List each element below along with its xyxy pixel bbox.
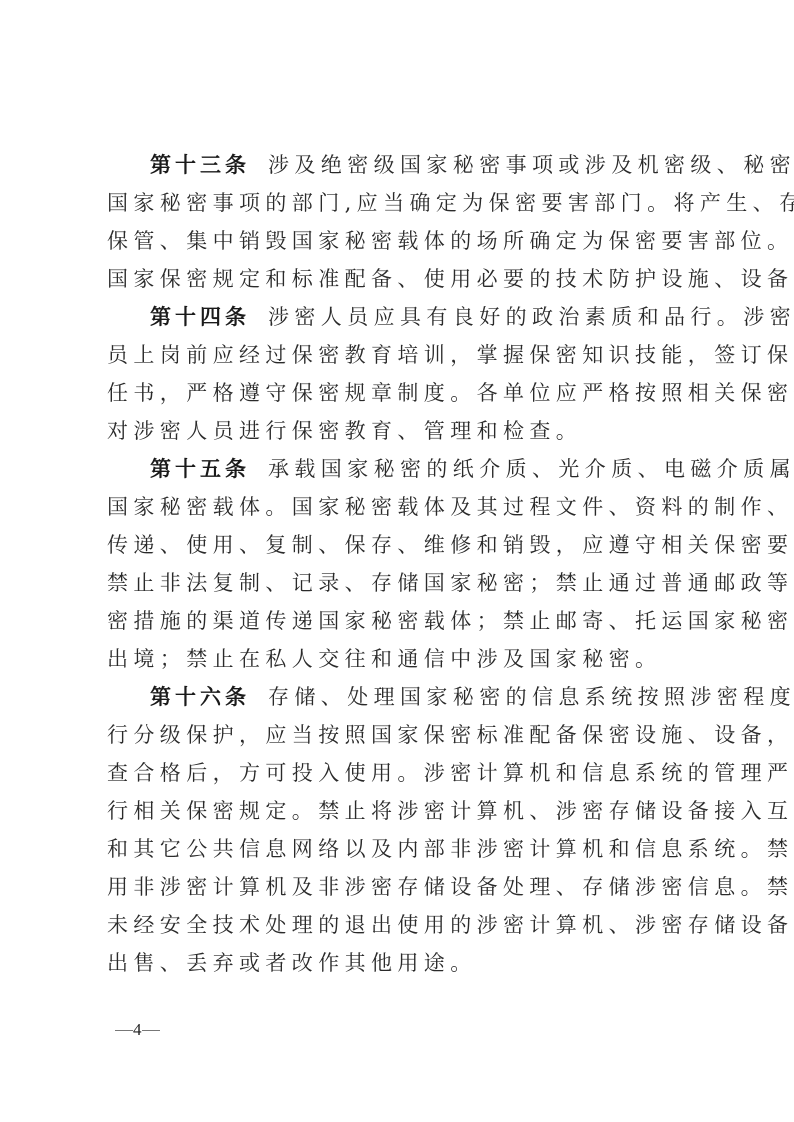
article-heading: 第十三条 [150, 152, 250, 177]
page-number: 4 [133, 1020, 142, 1040]
text-line: 国家秘密载体。国家秘密载体及其过程文件、资料的制作、收发、 [107, 488, 707, 526]
article-first-line: 第十五条承载国家秘密的纸介质、光介质、电磁介质属于 [107, 450, 707, 488]
dash-left [115, 1030, 133, 1031]
dash-right [142, 1030, 160, 1031]
text-line: 出售、丢弃或者改作其他用途。 [107, 944, 707, 982]
text-line: 国家秘密事项的部门,应当确定为保密要害部门。将产生、存放、 [107, 184, 707, 222]
article-14: 第十四条涉密人员应具有良好的政治素质和品行。涉密人 员上岗前应经过保密教育培训，… [107, 298, 707, 450]
article-first-line: 第十六条存储、处理国家秘密的信息系统按照涉密程度实 [107, 678, 707, 716]
text-line: 承载国家秘密的纸介质、光介质、电磁介质属于 [268, 457, 794, 481]
text-line: 禁止非法复制、记录、存储国家秘密；禁止通过普通邮政等无保 [107, 564, 707, 602]
article-heading: 第十四条 [150, 304, 250, 329]
article-15: 第十五条承载国家秘密的纸介质、光介质、电磁介质属于 国家秘密载体。国家秘密载体及… [107, 450, 707, 678]
text-line: 任书，严格遵守保密规章制度。各单位应严格按照相关保密规定 [107, 374, 707, 412]
text-line: 存储、处理国家秘密的信息系统按照涉密程度实 [268, 685, 794, 709]
article-first-line: 第十四条涉密人员应具有良好的政治素质和品行。涉密人 [107, 298, 707, 336]
text-line: 未经安全技术处理的退出使用的涉密计算机、涉密存储设备赠送、 [107, 906, 707, 944]
text-line: 和其它公共信息网络以及内部非涉密计算机和信息系统。禁止使 [107, 830, 707, 868]
article-first-line: 第十三条涉及绝密级国家秘密事项或涉及机密级、秘密级 [107, 146, 707, 184]
article-16: 第十六条存储、处理国家秘密的信息系统按照涉密程度实 行分级保护，应当按照国家保密… [107, 678, 707, 982]
article-13: 第十三条涉及绝密级国家秘密事项或涉及机密级、秘密级 国家秘密事项的部门,应当确定… [107, 146, 707, 298]
text-line: 用非涉密计算机及非涉密存储设备处理、存储涉密信息。禁止将 [107, 868, 707, 906]
text-line: 传递、使用、复制、保存、维修和销毁，应遵守相关保密要求， [107, 526, 707, 564]
text-line: 对涉密人员进行保密教育、管理和检查。 [107, 412, 707, 450]
text-line: 出境；禁止在私人交往和通信中涉及国家秘密。 [107, 640, 707, 678]
page-number-footer: 4 [115, 1020, 160, 1040]
article-heading: 第十五条 [150, 456, 250, 481]
text-line: 密措施的渠道传递国家秘密载体；禁止邮寄、托运国家秘密载体 [107, 602, 707, 640]
document-body: 第十三条涉及绝密级国家秘密事项或涉及机密级、秘密级 国家秘密事项的部门,应当确定… [107, 146, 707, 982]
text-line: 涉密人员应具有良好的政治素质和品行。涉密人 [268, 305, 794, 329]
text-line: 国家保密规定和标准配备、使用必要的技术防护设施、设备。 [107, 260, 707, 298]
text-line: 保管、集中销毁国家秘密载体的场所确定为保密要害部位。按照 [107, 222, 707, 260]
text-line: 涉及绝密级国家秘密事项或涉及机密级、秘密级 [268, 153, 794, 177]
article-heading: 第十六条 [150, 684, 250, 709]
text-line: 员上岗前应经过保密教育培训，掌握保密知识技能，签订保密责 [107, 336, 707, 374]
text-line: 行分级保护，应当按照国家保密标准配备保密设施、设备，经检 [107, 716, 707, 754]
text-line: 行相关保密规定。禁止将涉密计算机、涉密存储设备接入互联网 [107, 792, 707, 830]
text-line: 查合格后，方可投入使用。涉密计算机和信息系统的管理严格执 [107, 754, 707, 792]
